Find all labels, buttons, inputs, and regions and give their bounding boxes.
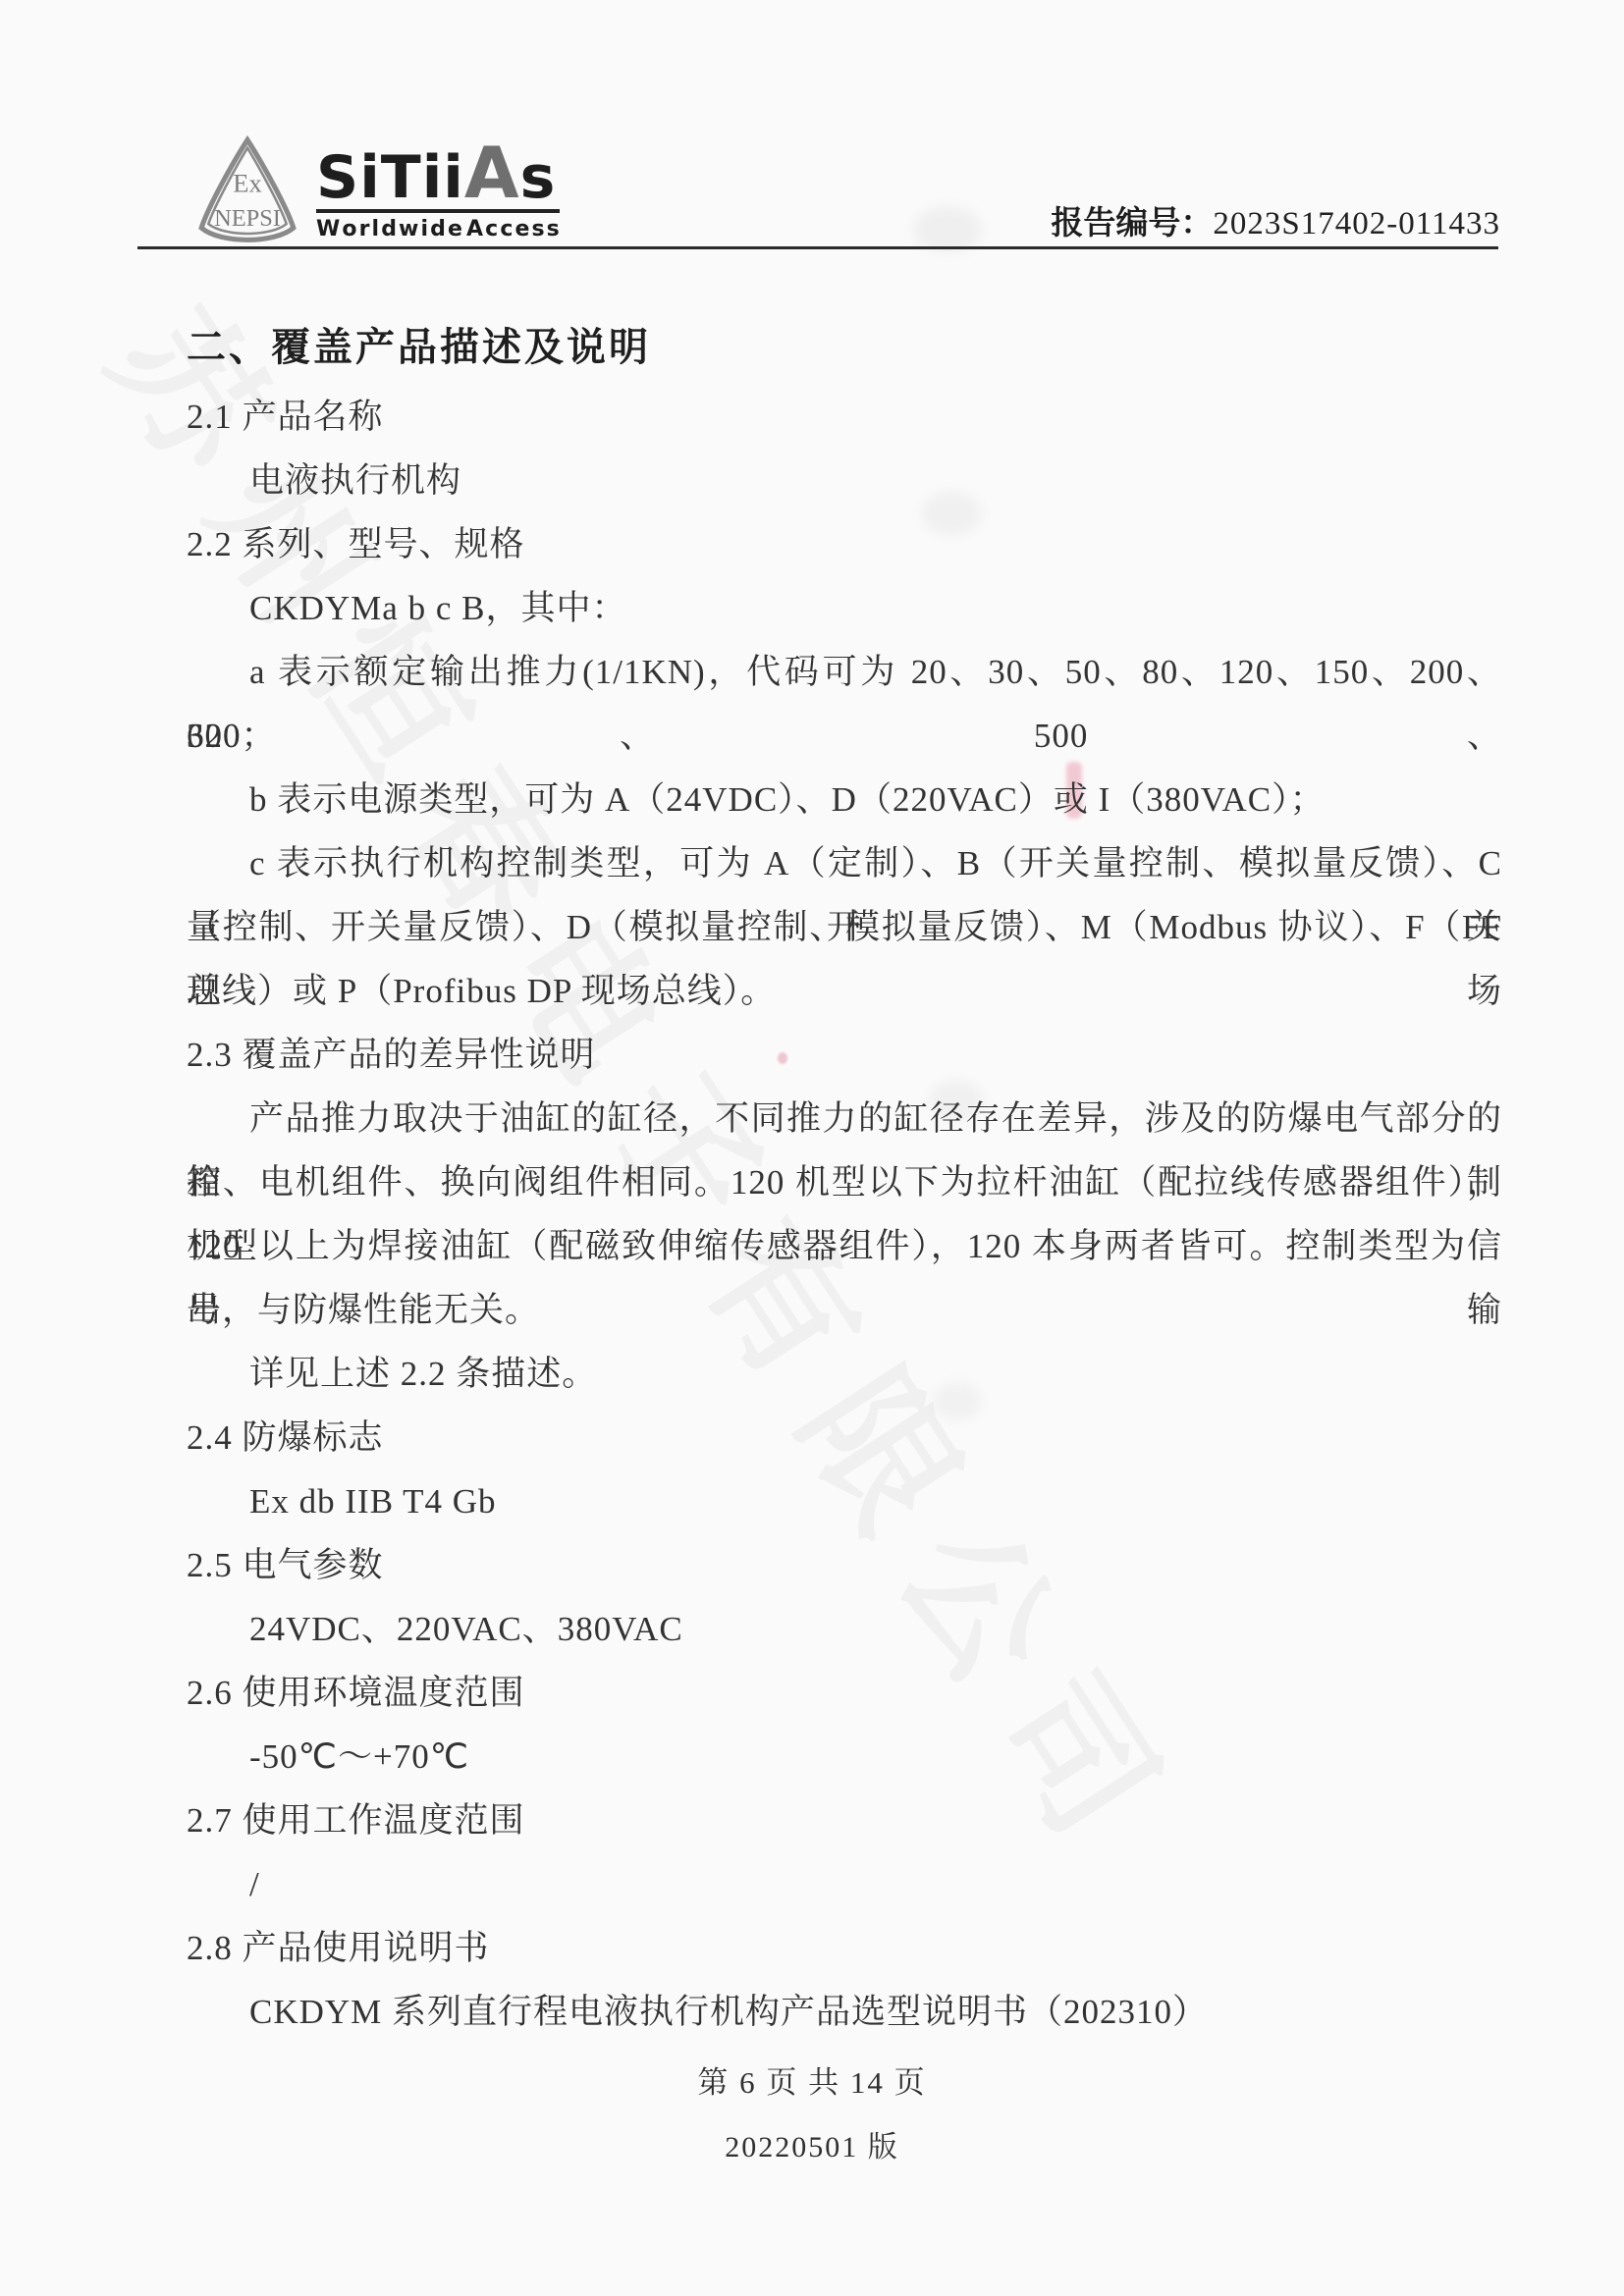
document-line: a 表示额定输出推力(1/1KN)，代码可为 20、30、50、80、120、1… — [187, 640, 1502, 704]
nepsi-ex-logo: Ex NEPSI — [192, 133, 302, 249]
document-line: -50℃～+70℃ — [187, 1725, 1502, 1789]
version-label: 20220501 版 — [0, 2122, 1624, 2165]
document-body: 二、覆盖产品描述及说明 2.1 产品名称电液执行机构2.2 系列、型号、规格CK… — [187, 310, 1502, 2044]
report-number-row: 报告编号：2023S17402-011433 — [1051, 197, 1500, 243]
brand-tagline: Worldwide Access — [316, 217, 560, 241]
document-line: 2.4 防爆标志 — [187, 1406, 1502, 1469]
document-line: 机型以上为焊接油缸（配磁致伸缩传感器组件），120 本身两者皆可。控制类型为信号… — [187, 1214, 1502, 1278]
report-number-label: 报告编号： — [1051, 204, 1213, 240]
report-number-value: 2023S17402-011433 — [1213, 206, 1500, 241]
document-line: 2.6 使用环境温度范围 — [187, 1661, 1502, 1725]
logo-nepsi-text: NEPSI — [214, 205, 281, 232]
document-line: 2.8 产品使用说明书 — [187, 1916, 1502, 1980]
page-number: 第 6 页 共 14 页 — [0, 2057, 1624, 2102]
logo-ex-text: Ex — [233, 169, 261, 198]
document-line: 2.3 覆盖产品的差异性说明 — [187, 1023, 1502, 1087]
document-lines: 2.1 产品名称电液执行机构2.2 系列、型号、规格CKDYMa b c B，其… — [187, 385, 1502, 2044]
document-line: 箱、电机组件、换向阀组件相同。120 机型以下为拉杆油缸（配拉线传感器组件），1… — [187, 1150, 1502, 1214]
sitiias-logo: SiTiiAs Worldwide Access — [316, 143, 562, 241]
document-line: c 表示执行机构控制类型，可为 A（定制）、B（开关量控制、模拟量反馈）、C（开… — [187, 831, 1502, 895]
brand-wordmark: SiTiiAs — [316, 143, 562, 207]
document-line: 量控制、开关量反馈）、D（模拟量控制、模拟量反馈）、M（Modbus 协议）、F… — [187, 895, 1502, 959]
document-line: 24VDC、220VAC、380VAC — [187, 1597, 1502, 1661]
document-line: 产品推力取决于油缸的缸径，不同推力的缸径存在差异，涉及的防爆电气部分的控制 — [187, 1087, 1502, 1150]
document-line: 电液执行机构 — [187, 449, 1502, 512]
document-line: 2.5 电气参数 — [187, 1533, 1502, 1597]
header-divider — [137, 246, 1498, 249]
document-line: / — [187, 1852, 1502, 1916]
document-line: CKDYM 系列直行程电液执行机构产品选型说明书（202310） — [187, 1980, 1502, 2044]
document-line: 2.7 使用工作温度范围 — [187, 1789, 1502, 1852]
document-line: 2.1 产品名称 — [187, 385, 1502, 449]
document-line: b 表示电源类型，可为 A（24VDC）、D（220VAC）或 I（380VAC… — [187, 768, 1502, 831]
scanned-report-page: 苏州恒春电子有限公司 Ex NEPSI SiTiiAs Worldwide Ac… — [0, 0, 1624, 2296]
document-line: Ex db IIB T4 Gb — [187, 1469, 1502, 1533]
document-line: 2.2 系列、型号、规格 — [187, 512, 1502, 576]
section-title: 二、覆盖产品描述及说明 — [187, 310, 1502, 385]
document-line: CKDYMa b c B，其中： — [187, 576, 1502, 640]
document-line: 详见上述 2.2 条描述。 — [187, 1342, 1502, 1406]
